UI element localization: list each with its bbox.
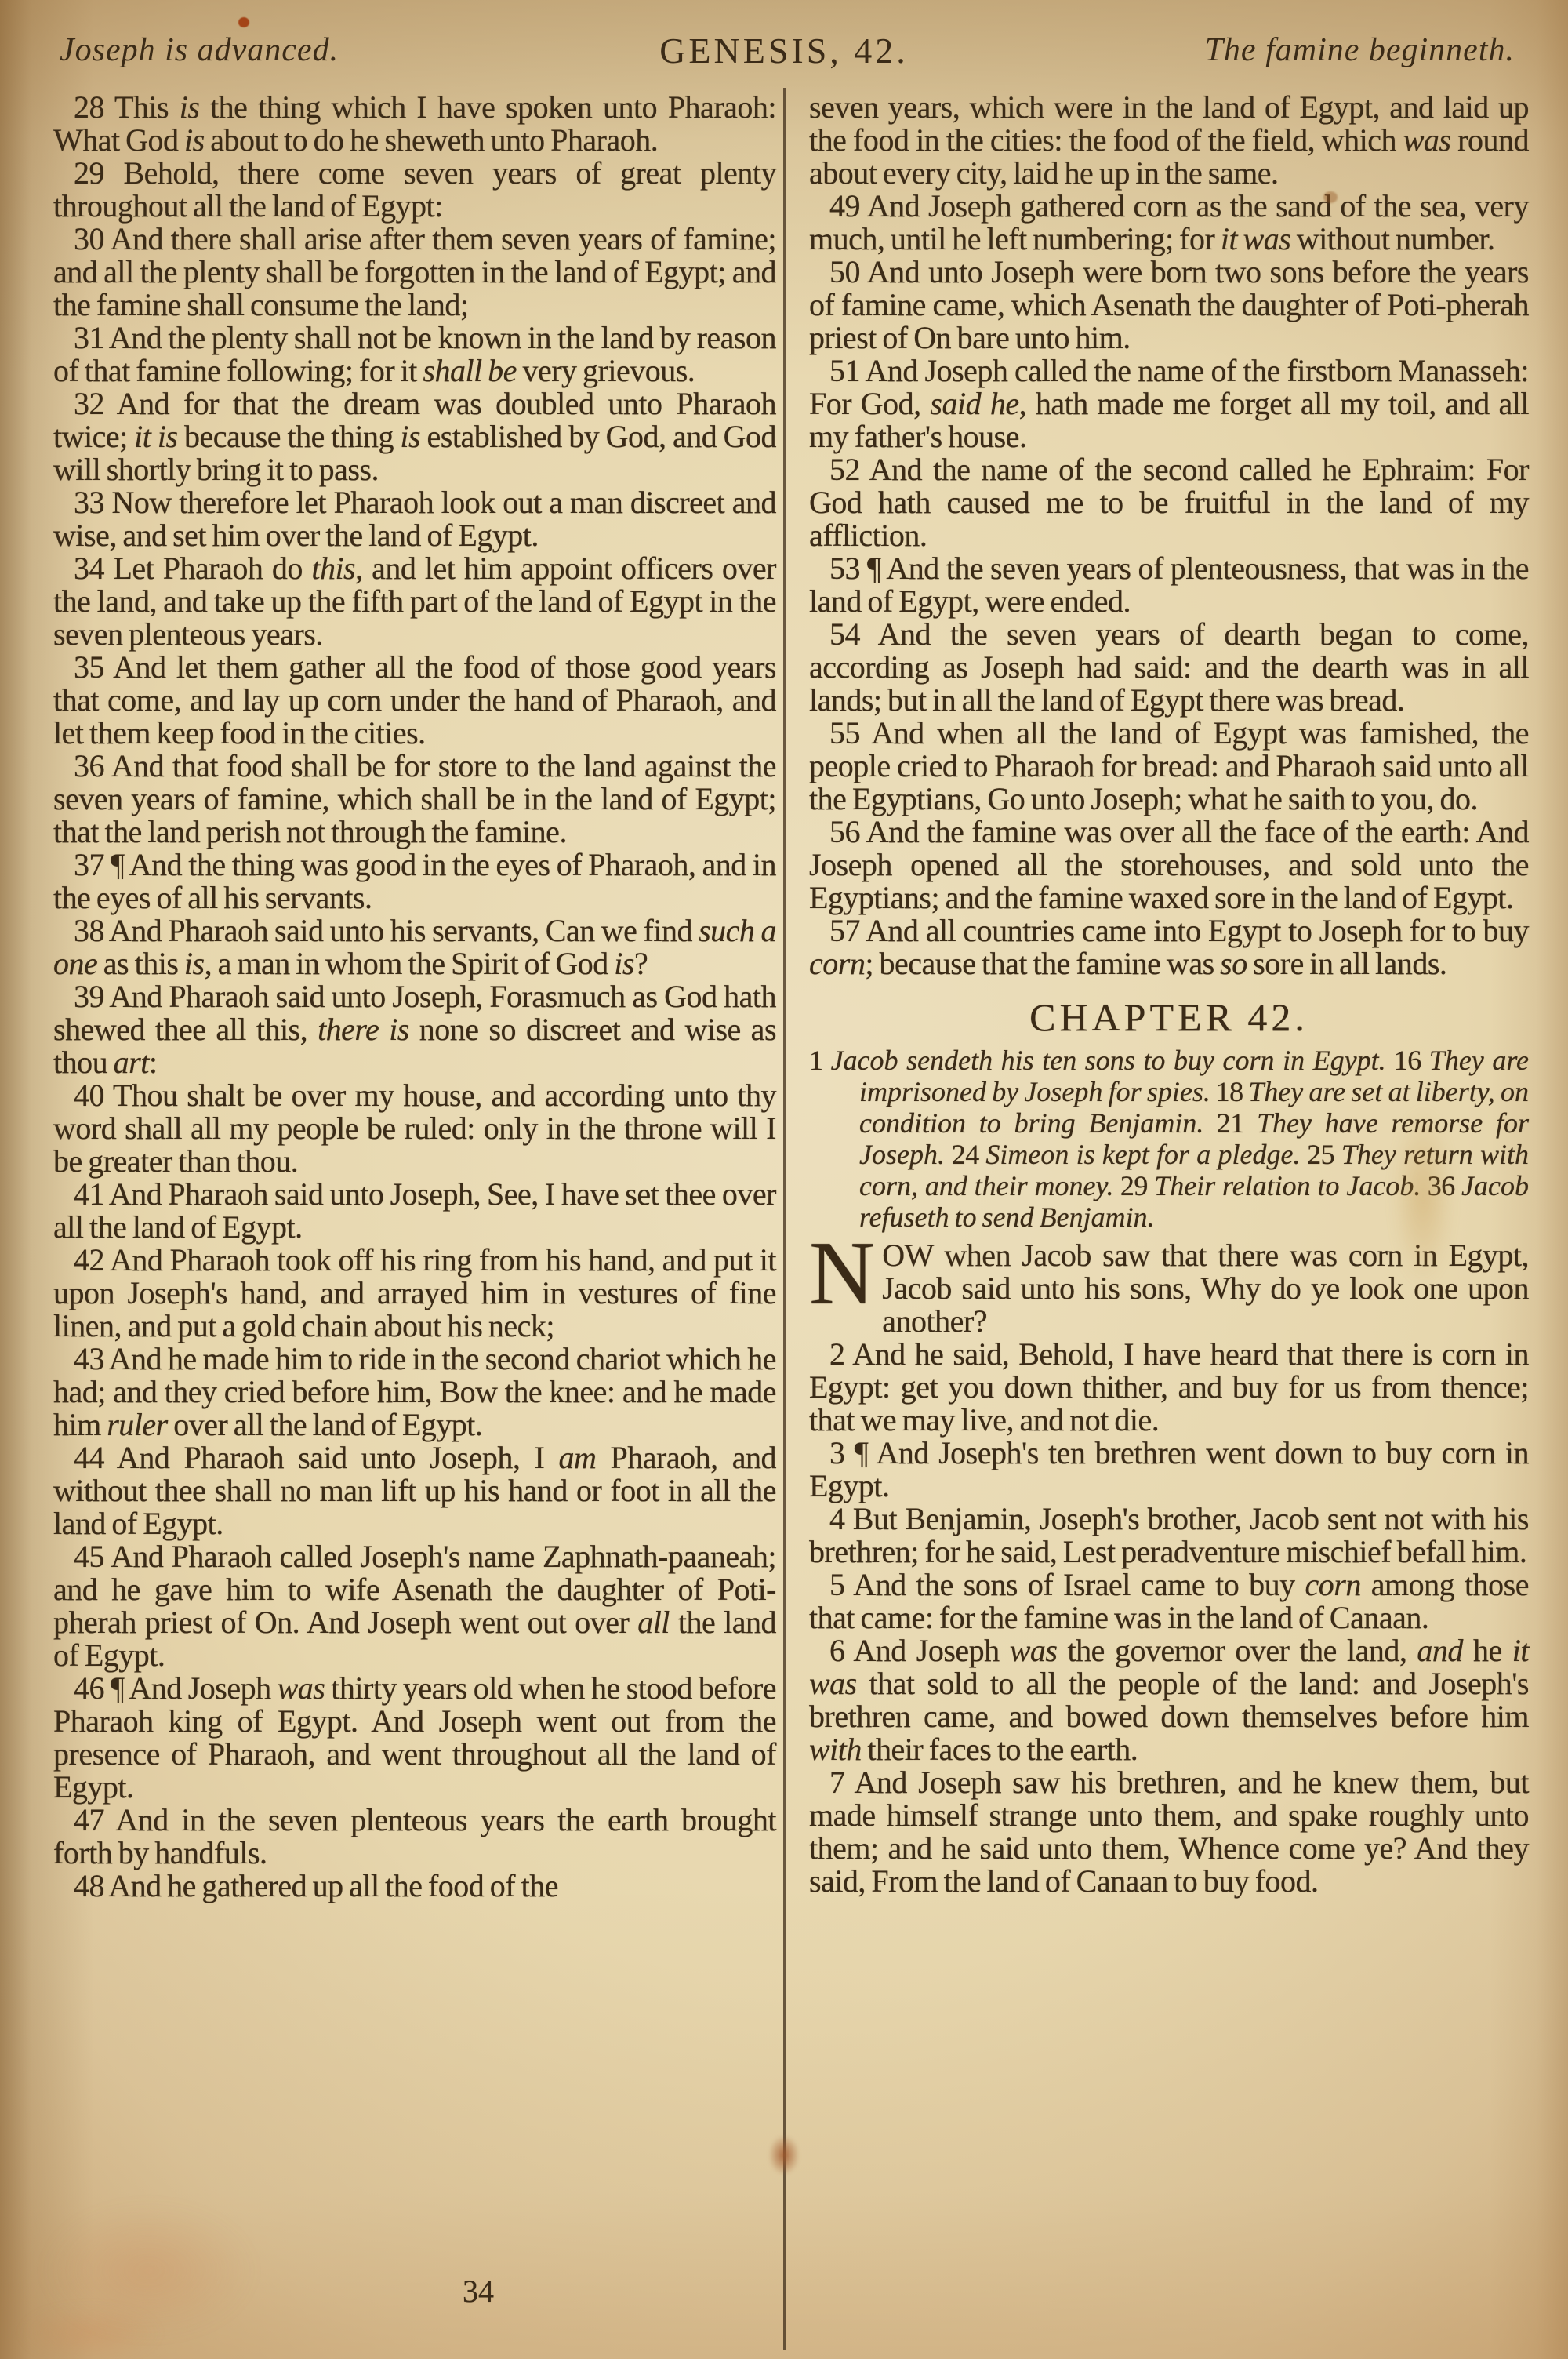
verse: 47 And in the seven plenteous years the … bbox=[53, 1804, 776, 1870]
verse: 55 And when all the land of Egypt was fa… bbox=[809, 717, 1529, 816]
red-ink-spot bbox=[238, 17, 249, 27]
right-column: seven years, which were in the land of E… bbox=[809, 91, 1529, 1898]
verse: 35 And let them gather all the food of t… bbox=[53, 651, 776, 750]
verse: 39 And Pharaoh said unto Joseph, Forasmu… bbox=[53, 980, 776, 1079]
verse: 31 And the plenty shall not be known in … bbox=[53, 322, 776, 387]
verse: 6 And Joseph was the governor over the l… bbox=[809, 1634, 1529, 1766]
verse: 49 And Joseph gathered corn as the sand … bbox=[809, 190, 1529, 256]
verse: 37 ¶ And the thing was good in the eyes … bbox=[53, 849, 776, 914]
running-head-right: The famine beginneth. bbox=[1205, 31, 1515, 69]
verse: 57 And all countries came into Egypt to … bbox=[809, 914, 1529, 980]
verse: 56 And the famine was over all the face … bbox=[809, 816, 1529, 914]
chapter-heading: CHAPTER 42. bbox=[809, 1001, 1529, 1034]
verse: 36 And that food shall be for store to t… bbox=[53, 750, 776, 849]
verse: 48 And he gathered up all the food of th… bbox=[53, 1870, 776, 1903]
left-column: 28 This is the thing which I have spoken… bbox=[53, 91, 776, 1903]
verse: 42 And Pharaoh took off his ring from hi… bbox=[53, 1244, 776, 1343]
verse: 44 And Pharaoh said unto Joseph, I am Ph… bbox=[53, 1441, 776, 1540]
page-number: 34 bbox=[439, 2273, 517, 2310]
verse: 41 And Pharaoh said unto Joseph, See, I … bbox=[53, 1178, 776, 1244]
verse: 50 And unto Joseph were born two sons be… bbox=[809, 256, 1529, 354]
verse: 7 And Joseph saw his brethren, and he kn… bbox=[809, 1766, 1529, 1898]
running-head-left: Joseph is advanced. bbox=[60, 31, 339, 69]
verse: 33 Now therefore let Pharaoh look out a … bbox=[53, 486, 776, 552]
verse: 52 And the name of the second called he … bbox=[809, 453, 1529, 552]
column-divider-rule bbox=[783, 88, 786, 2350]
foxing-spot bbox=[20, 2306, 161, 2359]
verses-continued: seven years, which were in the land of E… bbox=[809, 91, 1529, 980]
verse: 3 ¶ And Joseph's ten brethren went down … bbox=[809, 1437, 1529, 1503]
verse: seven years, which were in the land of E… bbox=[809, 91, 1529, 190]
verse: 29 Behold, there come seven years of gre… bbox=[53, 157, 776, 223]
verse: 28 This is the thing which I have spoken… bbox=[53, 91, 776, 157]
verse: 51 And Joseph called the name of the fir… bbox=[809, 354, 1529, 453]
verse: 4 But Benjamin, Joseph's brother, Jacob … bbox=[809, 1503, 1529, 1568]
verse: 2 And he said, Behold, I have heard that… bbox=[809, 1338, 1529, 1437]
verse: NOW when Jacob saw that there was corn i… bbox=[809, 1239, 1529, 1338]
verse: 54 And the seven years of dearth began t… bbox=[809, 618, 1529, 717]
verse: 30 And there shall arise after them seve… bbox=[53, 223, 776, 322]
verse: 34 Let Pharaoh do this, and let him appo… bbox=[53, 552, 776, 651]
chapter-verses: NOW when Jacob saw that there was corn i… bbox=[809, 1239, 1529, 1898]
page-title: GENESIS, 42. bbox=[659, 30, 909, 71]
verse: 40 Thou shalt be over my house, and acco… bbox=[53, 1079, 776, 1178]
verse: 53 ¶ And the seven years of plenteousnes… bbox=[809, 552, 1529, 618]
verse: 5 And the sons of Israel came to buy cor… bbox=[809, 1568, 1529, 1634]
verse: 45 And Pharaoh called Joseph's name Zaph… bbox=[53, 1540, 776, 1672]
chapter-summary: 1 Jacob sendeth his ten sons to buy corn… bbox=[809, 1045, 1529, 1233]
verse: 46 ¶ And Joseph was thirty years old whe… bbox=[53, 1672, 776, 1804]
foxing-spot bbox=[43, 2204, 255, 2337]
verse: 38 And Pharaoh said unto his servants, C… bbox=[53, 914, 776, 980]
drop-cap: N bbox=[809, 1241, 874, 1307]
verse: 43 And he made him to ride in the second… bbox=[53, 1343, 776, 1441]
verse: 32 And for that the dream was doubled un… bbox=[53, 387, 776, 486]
